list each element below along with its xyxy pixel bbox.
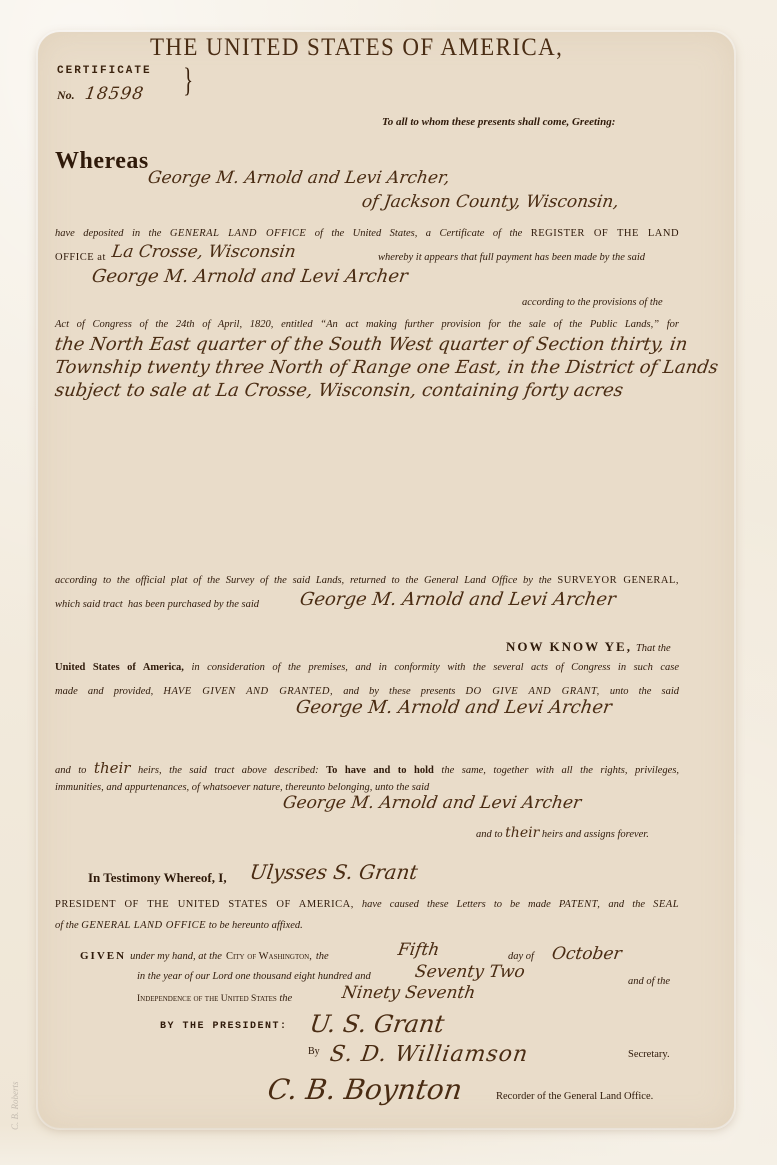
independence-year: Ninety Seventh (341, 983, 477, 1003)
given-day: Fifth (397, 940, 441, 960)
given-line-2: in the year of our Lord one thousand eig… (137, 971, 371, 982)
payer-names: George M. Arnold and Levi Archer (91, 266, 410, 287)
certificate-number: 18598 (84, 84, 146, 104)
greeting: To all to whom these presents shall come… (382, 116, 615, 128)
president-signature-testimony: Ulysses S. Grant (248, 860, 419, 884)
secretary-title: Secretary. (628, 1049, 670, 1060)
margin-annotation: C. B. Roberts (10, 1030, 24, 1130)
president-signature: U. S. Grant (308, 1010, 446, 1038)
given-line-1: GIVEN under my hand, at the City of Wash… (80, 946, 329, 964)
now-know-line-1: United States of America, in considerati… (55, 662, 679, 673)
independence-line: Independence of the United States the (137, 993, 292, 1004)
day-of-label: day of (508, 951, 534, 962)
testimony-heading: In Testimony Whereof, I, (88, 870, 227, 886)
survey-line-1: according to the official plat of the Su… (55, 575, 679, 586)
by-label: By (308, 1046, 320, 1057)
certificate-label: CERTIFICATE (57, 65, 152, 77)
given-month: October (551, 944, 623, 964)
given-year: Seventy Two (414, 962, 526, 982)
document-background: C. B. Roberts THE UNITED STATES OF AMERI… (0, 0, 777, 1165)
land-office-location: La Crosse, Wisconsin (111, 242, 297, 262)
and-of-the-label: and of the (628, 976, 670, 987)
act-of-congress-text: Act of Congress of the 24th of April, 18… (55, 319, 679, 330)
grantee-names: George M. Arnold and Levi Archer, (147, 168, 451, 188)
land-description-line-3: subject to sale at La Crosse, Wisconsin,… (54, 380, 625, 401)
testimony-line-1: PRESIDENT OF THE UNITED STATES OF AMERIC… (55, 899, 679, 910)
secretary-signature: S. D. Williamson (328, 1042, 530, 1067)
grantee-names-grant: George M. Arnold and Levi Archer (295, 697, 614, 718)
testimony-line-2: of the GENERAL LAND OFFICE to be hereunt… (55, 920, 303, 931)
deposit-line-2-suffix: whereby it appears that full payment has… (378, 252, 645, 263)
grantee-residence: of Jackson County, Wisconsin, (361, 192, 621, 212)
deposit-line-2-prefix: OFFICE at (55, 252, 106, 263)
now-know-ye-line: NOW KNOW YE, That the (506, 638, 671, 656)
whereas-heading: Whereas (55, 148, 149, 175)
grantee-names-habendum: George M. Arnold and Levi Archer (282, 793, 583, 813)
recorder-title: Recorder of the General Land Office. (496, 1091, 653, 1102)
by-the-president-label: BY THE PRESIDENT: (160, 1021, 288, 1032)
habendum-line-2: immunities, and appurtenances, of whatso… (55, 782, 429, 793)
document-title: THE UNITED STATES OF AMERICA, (150, 34, 563, 62)
certificate-number-label: No. (57, 88, 75, 103)
bottom-fade (0, 1125, 777, 1165)
purchaser-names: George M. Arnold and Levi Archer (299, 589, 618, 610)
land-description-line-2: Township twenty three North of Range one… (54, 357, 720, 378)
now-know-line-2: made and provided, HAVE GIVEN AND GRANTE… (55, 686, 679, 697)
recorder-signature: C. B. Boynton (266, 1073, 465, 1106)
land-description-line-1: the North East quarter of the South West… (54, 334, 689, 355)
brace-icon: } (183, 62, 193, 100)
survey-line-2: which said tract has been purchased by t… (55, 599, 259, 610)
heirs-assigns-line: and to their heirs and assigns forever. (476, 825, 649, 841)
deposit-line-1: have deposited in the GENERAL LAND OFFIC… (55, 228, 679, 239)
habendum-line-1: and to their heirs, the said tract above… (55, 759, 679, 777)
provisions-text: according to the provisions of the (522, 297, 663, 308)
